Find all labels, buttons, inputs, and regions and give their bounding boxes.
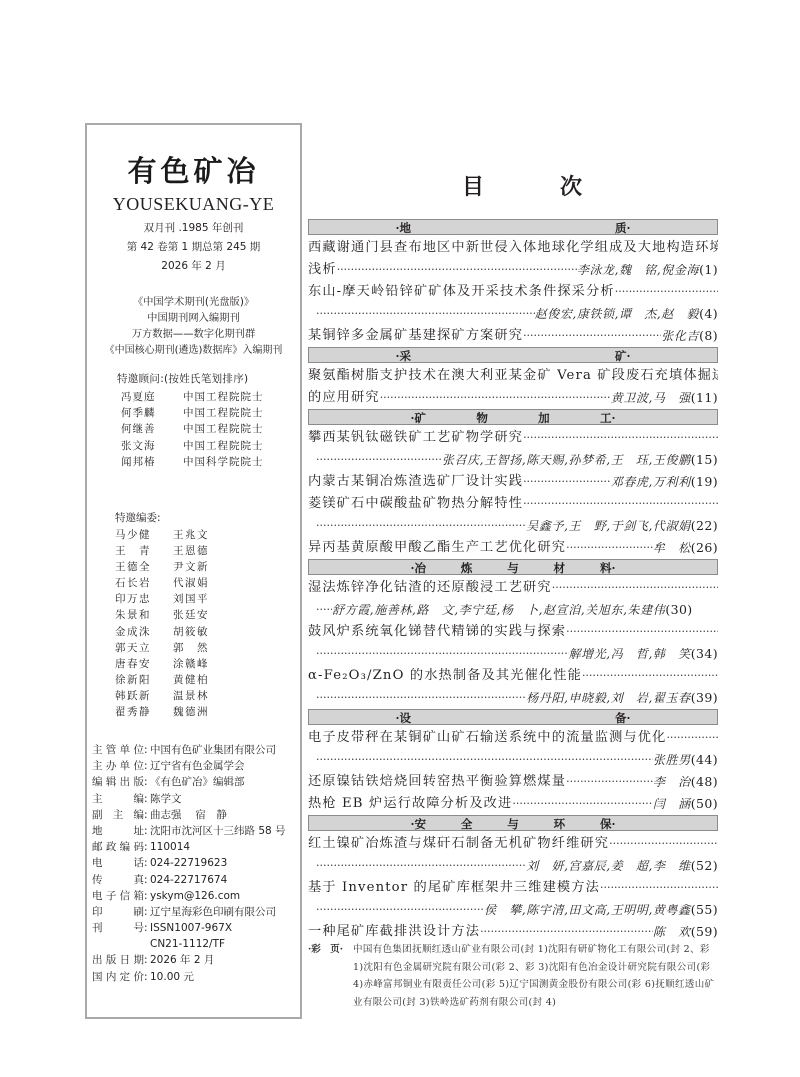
leader-dots xyxy=(480,921,653,943)
editor-row: 徐新阳黄健柏 xyxy=(115,672,295,688)
indexing-line: 万方数据——数字化期刊群 xyxy=(87,325,300,340)
publisher-row: 邮政编码:110014 xyxy=(92,839,300,855)
leader-dots xyxy=(666,727,718,749)
leader-dots xyxy=(609,833,718,855)
publisher-value: 辽宁省有色金属学会 xyxy=(150,758,245,774)
section-header-char: ·采 xyxy=(396,348,412,364)
publisher-value: CN21-1112/TF xyxy=(150,936,225,952)
toc-entry-line[interactable]: 攀西某钒钛磁铁矿工艺矿物学研究 xyxy=(308,427,718,449)
editor-name: 印万忠 xyxy=(115,591,173,607)
advisor-row: 何季麟中国工程院院士 xyxy=(117,405,297,421)
advisor-row: 闻邦椿中国科学院院士 xyxy=(117,454,297,470)
publisher-row: 电话:024-22719623 xyxy=(92,855,300,871)
toc-entry-line[interactable]: 内蒙古某铜冶炼渣选矿厂设计实践邓春虎,万利利(19) xyxy=(308,471,718,493)
advisor-title: 中国工程院院士 xyxy=(183,421,264,437)
toc-entry-line[interactable]: 西藏谢通门县查布地区中新世侵入体地球化学组成及大地构造环境 xyxy=(308,237,718,259)
leader-dots xyxy=(523,325,661,347)
publisher-key: 编辑出版 xyxy=(92,774,144,790)
editor-name: 张廷安 xyxy=(173,607,209,623)
toc-entry-line[interactable]: 杨丹阳,申晓毅,刘 岩,翟玉春(39) xyxy=(308,687,718,709)
article-title[interactable]: 内蒙古某铜冶炼渣选矿厂设计实践 xyxy=(308,471,523,493)
leader-dots xyxy=(512,793,653,815)
toc-title-char: 次 xyxy=(560,170,582,201)
leader-dots xyxy=(316,303,535,325)
publisher-value: 110014 xyxy=(150,839,190,855)
publisher-key: 主办单位 xyxy=(92,758,144,774)
publisher-value: 024-22717674 xyxy=(150,872,227,888)
color-pages-label: ·彩 页· xyxy=(308,941,343,955)
publisher-row: 传真:024-22717674 xyxy=(92,872,300,888)
leader-dots xyxy=(523,427,718,449)
editor-row: 朱景和张廷安 xyxy=(115,607,295,623)
volume-issue: 第 42 卷第 1 期总第 245 期 xyxy=(87,239,300,254)
page-number[interactable]: (39) xyxy=(691,687,718,709)
publisher-row: 刊号:ISSN1007-967X xyxy=(92,920,300,936)
publisher-value: ISSN1007-967X xyxy=(150,920,232,936)
section-header: ·设备· xyxy=(308,709,718,725)
article-authors: 黄卫波,马 强 xyxy=(611,387,691,409)
advisor-name: 冯夏庭 xyxy=(117,389,183,405)
publisher-info: 主管单位:中国有色矿业集团有限公司主办单位:辽宁省有色金属学会编辑出版:《有色矿… xyxy=(92,742,300,985)
editor-row: 印万忠刘国平 xyxy=(115,591,295,607)
publisher-value: 2026 年 2 月 xyxy=(150,952,214,968)
advisor-row: 何继善中国工程院院士 xyxy=(117,421,297,437)
article-authors: 舒方霞,施善林,路 文,李宁廷,杨 卜,赵宣洎,关旭东,朱建伟 xyxy=(332,599,665,621)
section-header-char: 矿· xyxy=(615,348,631,364)
indexing-line: 《中国学术期刊(光盘版)》 xyxy=(87,293,300,308)
leader-dots xyxy=(566,771,653,793)
leader-dots xyxy=(600,877,718,899)
advisor-name: 闻邦椿 xyxy=(117,454,183,470)
toc-entry-line[interactable]: 解增光,冯 哲,韩 笑(34) xyxy=(308,643,718,665)
article-authors: 解增光,冯 哲,韩 笑 xyxy=(569,643,691,665)
article-title[interactable]: 西藏谢通门县查布地区中新世侵入体地球化学组成及大地构造环境 xyxy=(308,237,718,259)
advisor-title: 中国工程院院士 xyxy=(183,438,264,454)
section-header-char: 物 xyxy=(476,410,488,426)
section-header-char: 炼 xyxy=(461,560,473,576)
leader-dots xyxy=(316,687,526,709)
editor-row: 翟秀静魏德洲 xyxy=(115,704,295,720)
page-number[interactable]: (34) xyxy=(691,643,718,665)
leader-dots xyxy=(337,259,577,281)
publisher-row: 主管单位:中国有色矿业集团有限公司 xyxy=(92,742,300,758)
publisher-row: 主办单位:辽宁省有色金属学会 xyxy=(92,758,300,774)
toc-entry-line[interactable]: 东山-摩天岭铅锌矿矿体及开采技术条件探采分析 xyxy=(308,281,718,303)
section-header-char: 环 xyxy=(554,816,566,832)
editor-name: 翟秀静 xyxy=(115,704,173,720)
toc-title: 目 次 xyxy=(462,170,582,201)
journal-title-pinyin: YOUSEKUANG-YE xyxy=(87,194,300,215)
journal-info-panel: 有色矿冶 YOUSEKUANG-YE 双月刊 .1985 年创刊 第 42 卷第… xyxy=(85,123,302,1019)
section-header-char: 全 xyxy=(461,816,473,832)
advisor-row: 冯夏庭中国工程院院士 xyxy=(117,389,297,405)
editor-name: 温景林 xyxy=(173,688,209,704)
indexing-line: 《中国核心期刊(遴选)数据库》入编期刊 xyxy=(87,341,300,356)
toc-entry-line[interactable]: 湿法炼锌净化钴渣的还原酸浸工艺研究 xyxy=(308,577,718,599)
publisher-value: 10.00 元 xyxy=(150,969,194,985)
section-header-char: ·矿 xyxy=(411,410,427,426)
leader-dots xyxy=(566,621,718,643)
table-of-contents: ·地质·西藏谢通门县查布地区中新世侵入体地球化学组成及大地构造环境浅析李泳龙,魏… xyxy=(308,219,718,943)
advisor-row: 张文海中国工程院院士 xyxy=(117,438,297,454)
issue-date: 2026 年 2 月 xyxy=(87,258,300,273)
toc-entry-line[interactable]: 张召庆,王智扬,陈天赐,孙梦希,王 珏,王俊鹏(15) xyxy=(308,449,718,471)
article-authors: 牟 松 xyxy=(653,537,691,559)
publisher-row: 地址:沈阳市沈河区十三纬路 58 号 xyxy=(92,823,300,839)
editor-name: 朱景和 xyxy=(115,607,173,623)
page-number[interactable]: (52) xyxy=(691,855,718,877)
editor-name: 郭 然 xyxy=(173,640,209,656)
editor-name: 王德全 xyxy=(115,559,173,575)
article-authors: 张召庆,王智扬,陈天赐,孙梦希,王 珏,王俊鹏 xyxy=(442,449,691,471)
editors-heading: 特邀编委: xyxy=(115,510,295,525)
leader-dots xyxy=(316,599,332,621)
publisher-key: 国内定价 xyxy=(92,969,144,985)
article-title[interactable]: 湿法炼锌净化钴渣的还原酸浸工艺研究 xyxy=(308,577,552,599)
page-number[interactable]: (8) xyxy=(699,325,718,347)
article-authors: 杨丹阳,申晓毅,刘 岩,翟玉春 xyxy=(526,687,690,709)
editor-row: 马少健王兆文 xyxy=(115,527,295,543)
section-header: ·安全与环保· xyxy=(308,815,718,831)
page-number[interactable]: (4) xyxy=(699,303,718,325)
advisor-name: 何季麟 xyxy=(117,405,183,421)
article-title[interactable]: 还原镍钴铁焙烧回转窑热平衡验算燃煤量 xyxy=(308,771,566,793)
editor-row: 王 青王恩德 xyxy=(115,543,295,559)
article-authors: 闫 涵 xyxy=(653,793,691,815)
article-authors: 吴鑫予,王 野,于剑飞,代淑娟 xyxy=(526,515,690,537)
page-number[interactable]: (1) xyxy=(699,259,718,281)
article-authors: 赵俊宏,康铁锁,谭 杰,赵 毅 xyxy=(535,303,699,325)
toc-entry-line[interactable]: 侯 攀,陈宇清,田文高,王明明,黄粤鑫(55) xyxy=(308,899,718,921)
section-header-char: 备· xyxy=(615,710,631,726)
article-title[interactable]: 聚氨酯树脂支护技术在澳大利亚某金矿 Vera 矿段废石充填体掘进中 xyxy=(308,365,718,387)
editor-row: 韩跃新温景林 xyxy=(115,688,295,704)
publisher-key: 副主编 xyxy=(92,807,144,823)
article-title[interactable]: 电子皮带秤在某铜矿山矿石输送系统中的流量监测与优化 xyxy=(308,727,666,749)
article-title[interactable]: 红土镍矿冶炼渣与煤矸石制备无机矿物纤维研究 xyxy=(308,833,609,855)
editor-name: 王恩德 xyxy=(173,543,209,559)
page-number[interactable]: (48) xyxy=(691,771,718,793)
publisher-row: 电子信箱:yskym@126.com xyxy=(92,888,300,904)
article-authors: 侯 攀,陈宇清,田文高,王明明,黄粤鑫 xyxy=(484,899,691,921)
editor-name: 黄健柏 xyxy=(173,672,209,688)
leader-dots xyxy=(316,515,526,537)
editor-name: 刘国平 xyxy=(173,591,209,607)
toc-entry-line[interactable]: 舒方霞,施善林,路 文,李宁廷,杨 卜,赵宣洎,关旭东,朱建伟(30) xyxy=(308,599,718,621)
editor-row: 王德全尹文新 xyxy=(115,559,295,575)
advisor-title: 中国工程院院士 xyxy=(183,389,264,405)
leader-dots xyxy=(523,493,718,515)
publication-frequency: 双月刊 .1985 年创刊 xyxy=(87,220,300,235)
toc-entry-line[interactable]: 菱镁矿石中碳酸盐矿物热分解特性 xyxy=(308,493,718,515)
toc-entry-line[interactable]: α-Fe₂O₃/ZnO 的水热制备及其光催化性能 xyxy=(308,665,718,687)
color-pages-note: ·彩 页· 中国有色集团抚顺红透山矿业有限公司(封 1)沈阳有研矿物化工有限公司… xyxy=(308,941,720,1011)
article-authors: 张胜男 xyxy=(653,749,691,771)
editor-name: 魏德洲 xyxy=(173,704,209,720)
toc-entry-line[interactable]: 浅析李泳龙,魏 铭,倪金海(1) xyxy=(308,259,718,281)
editorial-board: 特邀编委: 马少健王兆文 王 青王恩德 王德全尹文新 石长岩代淑娟 印万忠刘国平… xyxy=(115,510,295,720)
editor-name: 唐春安 xyxy=(115,656,173,672)
publisher-value: yskym@126.com xyxy=(150,888,240,904)
page-number[interactable]: (55) xyxy=(691,899,718,921)
toc-entry-line[interactable]: 张胜男(44) xyxy=(308,749,718,771)
leader-dots xyxy=(316,855,526,877)
toc-entry-line[interactable]: 一种尾矿库截排洪设计方法陈 欢(59) xyxy=(308,921,718,943)
publisher-key: 主编 xyxy=(92,791,144,807)
article-title[interactable]: 鼓风炉系统氧化锑替代精锑的实践与探索 xyxy=(308,621,566,643)
page-number[interactable]: (30) xyxy=(665,599,692,621)
toc-title-char: 目 xyxy=(462,170,484,201)
editor-name: 尹文新 xyxy=(173,559,209,575)
article-title[interactable]: 东山-摩天岭铅锌矿矿体及开采技术条件探采分析 xyxy=(308,281,615,303)
section-header: ·地质· xyxy=(308,219,718,235)
leader-dots xyxy=(316,449,442,471)
section-header-char: 质· xyxy=(615,220,631,236)
publisher-value: 中国有色矿业集团有限公司 xyxy=(150,742,276,758)
toc-entry-line[interactable]: 电子皮带秤在某铜矿山矿石输送系统中的流量监测与优化 xyxy=(308,727,718,749)
toc-entry-line[interactable]: 红土镍矿冶炼渣与煤矸石制备无机矿物纤维研究 xyxy=(308,833,718,855)
section-header-char: ·设 xyxy=(396,710,412,726)
leader-dots xyxy=(566,537,653,559)
page-number[interactable]: (19) xyxy=(691,471,718,493)
editor-name: 金成洙 xyxy=(115,624,173,640)
publisher-value: 《有色矿冶》编辑部 xyxy=(150,774,245,790)
editor-name: 徐新阳 xyxy=(115,672,173,688)
section-header-char: 材 xyxy=(554,560,566,576)
article-authors: 李 治 xyxy=(653,771,691,793)
editor-name: 代淑娟 xyxy=(173,575,209,591)
publisher-row: 编辑出版:《有色矿冶》编辑部 xyxy=(92,774,300,790)
editor-name: 郭天立 xyxy=(115,640,173,656)
leader-dots xyxy=(316,899,484,921)
publisher-value: 辽宁星海彩色印刷有限公司 xyxy=(150,904,276,920)
toc-entry-line[interactable]: 吴鑫予,王 野,于剑飞,代淑娟(22) xyxy=(308,515,718,537)
publisher-key: 刊号 xyxy=(92,920,144,936)
advisor-name: 何继善 xyxy=(117,421,183,437)
article-title[interactable]: 一种尾矿库截排洪设计方法 xyxy=(308,921,480,943)
page-number[interactable]: (15) xyxy=(691,449,718,471)
section-header-char: ·安 xyxy=(411,816,427,832)
article-title[interactable]: 某铜锌多金属矿基建探矿方案研究 xyxy=(308,325,523,347)
advisor-title: 中国科学院院士 xyxy=(183,454,264,470)
publisher-row: 出版日期:2026 年 2 月 xyxy=(92,952,300,968)
publisher-value: 曲志强 宿 静 xyxy=(150,807,227,823)
article-authors: 刘 妍,宫嘉辰,姜 超,李 维 xyxy=(526,855,690,877)
section-header-char: 保· xyxy=(600,816,616,832)
section-header-char: 与 xyxy=(507,560,519,576)
leader-dots xyxy=(615,281,718,303)
toc-entry-line[interactable]: 的应用研究黄卫波,马 强(11) xyxy=(308,387,718,409)
toc-entry-line[interactable]: 还原镍钴铁焙烧回转窑热平衡验算燃煤量李 治(48) xyxy=(308,771,718,793)
section-header-char: 料· xyxy=(600,560,616,576)
publisher-value: 024-22719623 xyxy=(150,855,227,871)
section-header-char: 工· xyxy=(600,410,616,426)
article-title[interactable]: 菱镁矿石中碳酸盐矿物热分解特性 xyxy=(308,493,523,515)
publisher-key: 印刷 xyxy=(92,904,144,920)
article-authors: 陈 欢 xyxy=(653,921,691,943)
toc-entry-line[interactable]: 热枪 EB 炉运行故障分析及改进闫 涵(50) xyxy=(308,793,718,815)
section-header: ·采矿· xyxy=(308,347,718,363)
publisher-key: 邮政编码 xyxy=(92,839,144,855)
publisher-key: 传真 xyxy=(92,872,144,888)
publisher-row: 国内定价:10.00 元 xyxy=(92,969,300,985)
publisher-key xyxy=(92,936,144,952)
editor-row: 金成洙胡筱敏 xyxy=(115,624,295,640)
publisher-row: 印刷:辽宁星海彩色印刷有限公司 xyxy=(92,904,300,920)
page-number[interactable]: (50) xyxy=(691,793,718,815)
publisher-value: 沈阳市沈河区十三纬路 58 号 xyxy=(150,823,286,839)
color-pages-text: 中国有色集团抚顺红透山矿业有限公司(封 1)沈阳有研矿物化工有限公司(封 2、彩… xyxy=(353,941,720,1011)
publisher-row: 主编:陈学文 xyxy=(92,791,300,807)
journal-title: 有色矿冶 xyxy=(87,149,300,190)
article-title[interactable]: 的应用研究 xyxy=(308,387,380,409)
editor-row: 唐春安涂赣峰 xyxy=(115,656,295,672)
leader-dots xyxy=(523,471,611,493)
leader-dots xyxy=(582,665,718,687)
section-header: ·矿物加工· xyxy=(308,409,718,425)
page-number[interactable]: (44) xyxy=(691,749,718,771)
article-title[interactable]: α-Fe₂O₃/ZnO 的水热制备及其光催化性能 xyxy=(308,665,582,687)
section-header-char: ·地 xyxy=(396,220,412,236)
toc-entry-line[interactable]: 异丙基黄原酸甲酸乙酯生产工艺优化研究牟 松(26) xyxy=(308,537,718,559)
editor-name: 马少健 xyxy=(115,527,173,543)
advisors-list: 特邀顾问:(按姓氏笔划排序) 冯夏庭中国工程院院士 何季麟中国工程院院士 何继善… xyxy=(117,371,297,470)
publisher-key: 主管单位 xyxy=(92,742,144,758)
section-header-char: 与 xyxy=(507,816,519,832)
editor-name: 王 青 xyxy=(115,543,173,559)
toc-entry-line[interactable]: 刘 妍,宫嘉辰,姜 超,李 维(52) xyxy=(308,855,718,877)
leader-dots xyxy=(316,643,569,665)
editor-name: 涂赣峰 xyxy=(173,656,209,672)
advisor-title: 中国工程院院士 xyxy=(183,405,264,421)
editor-name: 石长岩 xyxy=(115,575,173,591)
article-title[interactable]: 基于 Inventor 的尾矿库框架井三维建模方法 xyxy=(308,877,600,899)
publisher-key: 电子信箱 xyxy=(92,888,144,904)
editor-name: 王兆文 xyxy=(173,527,209,543)
article-title[interactable]: 异丙基黄原酸甲酸乙酯生产工艺优化研究 xyxy=(308,537,566,559)
article-title[interactable]: 攀西某钒钛磁铁矿工艺矿物学研究 xyxy=(308,427,523,449)
leader-dots xyxy=(380,387,611,409)
toc-entry-line[interactable]: 聚氨酯树脂支护技术在澳大利亚某金矿 Vera 矿段废石充填体掘进中 xyxy=(308,365,718,387)
toc-entry-line[interactable]: 赵俊宏,康铁锁,谭 杰,赵 毅(4) xyxy=(308,303,718,325)
article-authors: 邓春虎,万利利 xyxy=(611,471,691,493)
article-authors: 李泳龙,魏 铭,倪金海 xyxy=(577,259,699,281)
page-number[interactable]: (26) xyxy=(691,537,718,559)
editor-name: 胡筱敏 xyxy=(173,624,209,640)
publisher-value: 陈学文 xyxy=(150,791,182,807)
indexing-line: 中国期刊网入编期刊 xyxy=(87,309,300,324)
article-title[interactable]: 热枪 EB 炉运行故障分析及改进 xyxy=(308,793,512,815)
publisher-row: 副主编:曲志强 宿 静 xyxy=(92,807,300,823)
publisher-key: 出版日期 xyxy=(92,952,144,968)
toc-entry-line[interactable]: 基于 Inventor 的尾矿库框架井三维建模方法 xyxy=(308,877,718,899)
article-title[interactable]: 浅析 xyxy=(308,259,337,281)
publisher-key: 地址 xyxy=(92,823,144,839)
section-header: ·冶炼与材料· xyxy=(308,559,718,575)
page-number[interactable]: (11) xyxy=(691,387,718,409)
editor-row: 郭天立郭 然 xyxy=(115,640,295,656)
advisor-name: 张文海 xyxy=(117,438,183,454)
advisors-heading: 特邀顾问:(按姓氏笔划排序) xyxy=(117,371,297,386)
leader-dots xyxy=(316,749,653,771)
publisher-row: CN21-1112/TF xyxy=(92,936,300,952)
publisher-key: 电话 xyxy=(92,855,144,871)
toc-entry-line[interactable]: 某铜锌多金属矿基建探矿方案研究张化吉(8) xyxy=(308,325,718,347)
section-header-char: 加 xyxy=(538,410,550,426)
leader-dots xyxy=(552,577,718,599)
section-header-char: ·冶 xyxy=(411,560,427,576)
editor-name: 韩跃新 xyxy=(115,688,173,704)
article-authors: 张化吉 xyxy=(661,325,699,347)
editor-row: 石长岩代淑娟 xyxy=(115,575,295,591)
page-number[interactable]: (22) xyxy=(691,515,718,537)
toc-entry-line[interactable]: 鼓风炉系统氧化锑替代精锑的实践与探索 xyxy=(308,621,718,643)
page-number[interactable]: (59) xyxy=(691,921,718,943)
